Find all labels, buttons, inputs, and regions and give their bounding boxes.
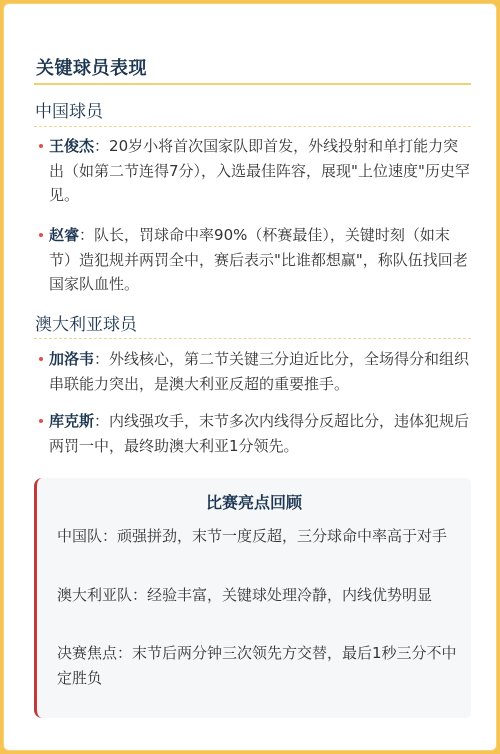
player-name: 王俊杰 [49, 137, 94, 155]
section-divider-china [34, 126, 471, 127]
highlight-item-australia: 澳大利亚队：经验丰富，关键球处理冷静，内线优势明显 [57, 583, 457, 608]
section-title-china: 中国球员 [35, 97, 103, 122]
section-title-australia: 澳大利亚球员 [35, 310, 137, 335]
player-item-cooks: 库克斯：内线强攻手，末节多次内线得分反超比分，违体犯规后两罚一中，最终助澳大利亚… [39, 409, 471, 458]
player-description: 内线强攻手，末节多次内线得分反超比分，违体犯规后两罚一中，最终助澳大利亚1分领先… [49, 412, 469, 455]
player-item-zhao-rui: 赵睿：队长，罚球命中率90%（杯赛最佳），关键时刻（如末节）造犯规并两罚全中，赛… [39, 223, 471, 297]
highlights-title: 比赛亮点回顾 [37, 490, 471, 513]
player-name: 加洛韦 [49, 350, 94, 368]
player-description: 队长，罚球命中率90%（杯赛最佳），关键时刻（如末节）造犯规并两罚全中，赛后表示… [49, 226, 468, 293]
name-separator: ： [94, 412, 109, 430]
name-separator: ： [94, 350, 109, 368]
bullet-dot-icon [39, 357, 43, 361]
title-divider [34, 83, 471, 85]
bullet-dot-icon [39, 144, 43, 148]
section-divider-australia [34, 338, 471, 339]
page-title: 关键球员表现 [36, 54, 147, 80]
highlight-item-china: 中国队：顽强拼劲，末节一度反超，三分球命中率高于对手 [57, 524, 457, 549]
name-separator: ： [94, 137, 109, 155]
player-description: 外线核心，第二节关键三分迫近比分，全场得分和组织串联能力突出，是澳大利亚反超的重… [49, 350, 469, 393]
player-item-galloway: 加洛韦：外线核心，第二节关键三分迫近比分，全场得分和组织串联能力突出，是澳大利亚… [39, 347, 471, 396]
match-highlights-box: 比赛亮点回顾 中国队：顽强拼劲，末节一度反超，三分球命中率高于对手 澳大利亚队：… [34, 478, 471, 718]
player-name: 库克斯 [49, 412, 94, 430]
player-description: 20岁小将首次国家队即首发，外线投射和单打能力突出（如第二节连得7分），入选最佳… [49, 137, 470, 204]
player-item-wang-junjie: 王俊杰：20岁小将首次国家队即首发，外线投射和单打能力突出（如第二节连得7分），… [39, 134, 471, 208]
bullet-dot-icon [39, 419, 43, 423]
player-performance-card: 关键球员表现 中国球员 王俊杰：20岁小将首次国家队即首发，外线投射和单打能力突… [3, 3, 497, 751]
bullet-dot-icon [39, 233, 43, 237]
highlight-item-final-focus: 决赛焦点：末节后两分钟三次领先方交替，最后1秒三分不中定胜负 [57, 641, 457, 690]
player-name: 赵睿 [49, 226, 79, 244]
name-separator: ： [79, 226, 94, 244]
